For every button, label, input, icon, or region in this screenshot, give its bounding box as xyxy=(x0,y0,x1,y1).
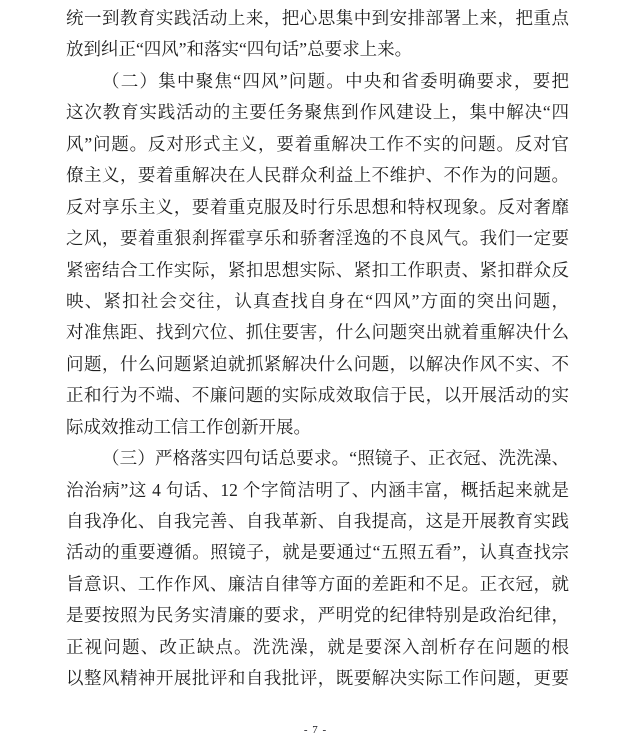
document-body: 统一到教育实践活动上来，把心思集中到安排部署上来，把重点放到纠正“四风”和落实“… xyxy=(66,3,569,695)
text-line: 对准焦距、找到穴位、抓住要害，什么问题突出就着重解决什么 xyxy=(66,317,569,348)
text-line: 是要按照为民务实清廉的要求，严明党的纪律特别是政治纪律， xyxy=(66,600,569,631)
text-line: 治治病”这 4 句话、12 个字简洁明了、内涵丰富，概括起来就是 xyxy=(66,475,569,506)
text-line: 这次教育实践活动的主要任务聚焦到作风建设上，集中解决“四 xyxy=(66,97,569,128)
text-line: 正视问题、改正缺点。洗洗澡，就是要深入剖析存在问题的根源， xyxy=(66,632,569,663)
text-line: 以整风精神开展批评和自我批评，既要解决实际工作问题，更要 xyxy=(66,663,569,694)
text-line: 自我净化、自我完善、自我革新、自我提高，这是开展教育实践 xyxy=(66,506,569,537)
text-line: 正和行为不端、不廉问题的实际成效取信于民，以开展活动的实 xyxy=(66,380,569,411)
text-line: 际成效推动工信工作创新开展。 xyxy=(66,412,569,443)
text-line: 之风，要着重狠刹挥霍享乐和骄奢淫逸的不良风气。我们一定要 xyxy=(66,223,569,254)
text-line: 统一到教育实践活动上来，把心思集中到安排部署上来，把重点 xyxy=(66,3,569,34)
text-line: 放到纠正“四风”和落实“四句话”总要求上来。 xyxy=(66,34,569,65)
text-line: 反对享乐主义，要着重克服及时行乐思想和特权现象。反对奢靡 xyxy=(66,192,569,223)
text-line: （二）集中聚焦“四风”问题。中央和省委明确要求，要把 xyxy=(66,66,569,97)
page-number: - 7 - xyxy=(304,724,327,736)
text-line: 旨意识、工作作风、廉洁自律等方面的差距和不足。正衣冠，就 xyxy=(66,569,569,600)
text-line: 问题，什么问题紧迫就抓紧解决什么问题，以解决作风不实、不 xyxy=(66,349,569,380)
text-line: 映、紧扣社会交往，认真查找自身在“四风”方面的突出问题， xyxy=(66,286,569,317)
text-line: 僚主义，要着重解决在人民群众利益上不维护、不作为的问题。 xyxy=(66,160,569,191)
document-page: 统一到教育实践活动上来，把心思集中到安排部署上来，把重点放到纠正“四风”和落实“… xyxy=(0,0,631,745)
text-line: （三）严格落实四句话总要求。“照镜子、正衣冠、洗洗澡、 xyxy=(66,443,569,474)
text-line: 活动的重要遵循。照镜子，就是要通过“五照五看”，认真查找宗 xyxy=(66,537,569,568)
page-footer: - 7 - xyxy=(0,720,631,738)
text-line: 紧密结合工作实际，紧扣思想实际、紧扣工作职责、紧扣群众反 xyxy=(66,255,569,286)
text-line: 风”问题。反对形式主义，要着重解决工作不实的问题。反对官 xyxy=(66,129,569,160)
